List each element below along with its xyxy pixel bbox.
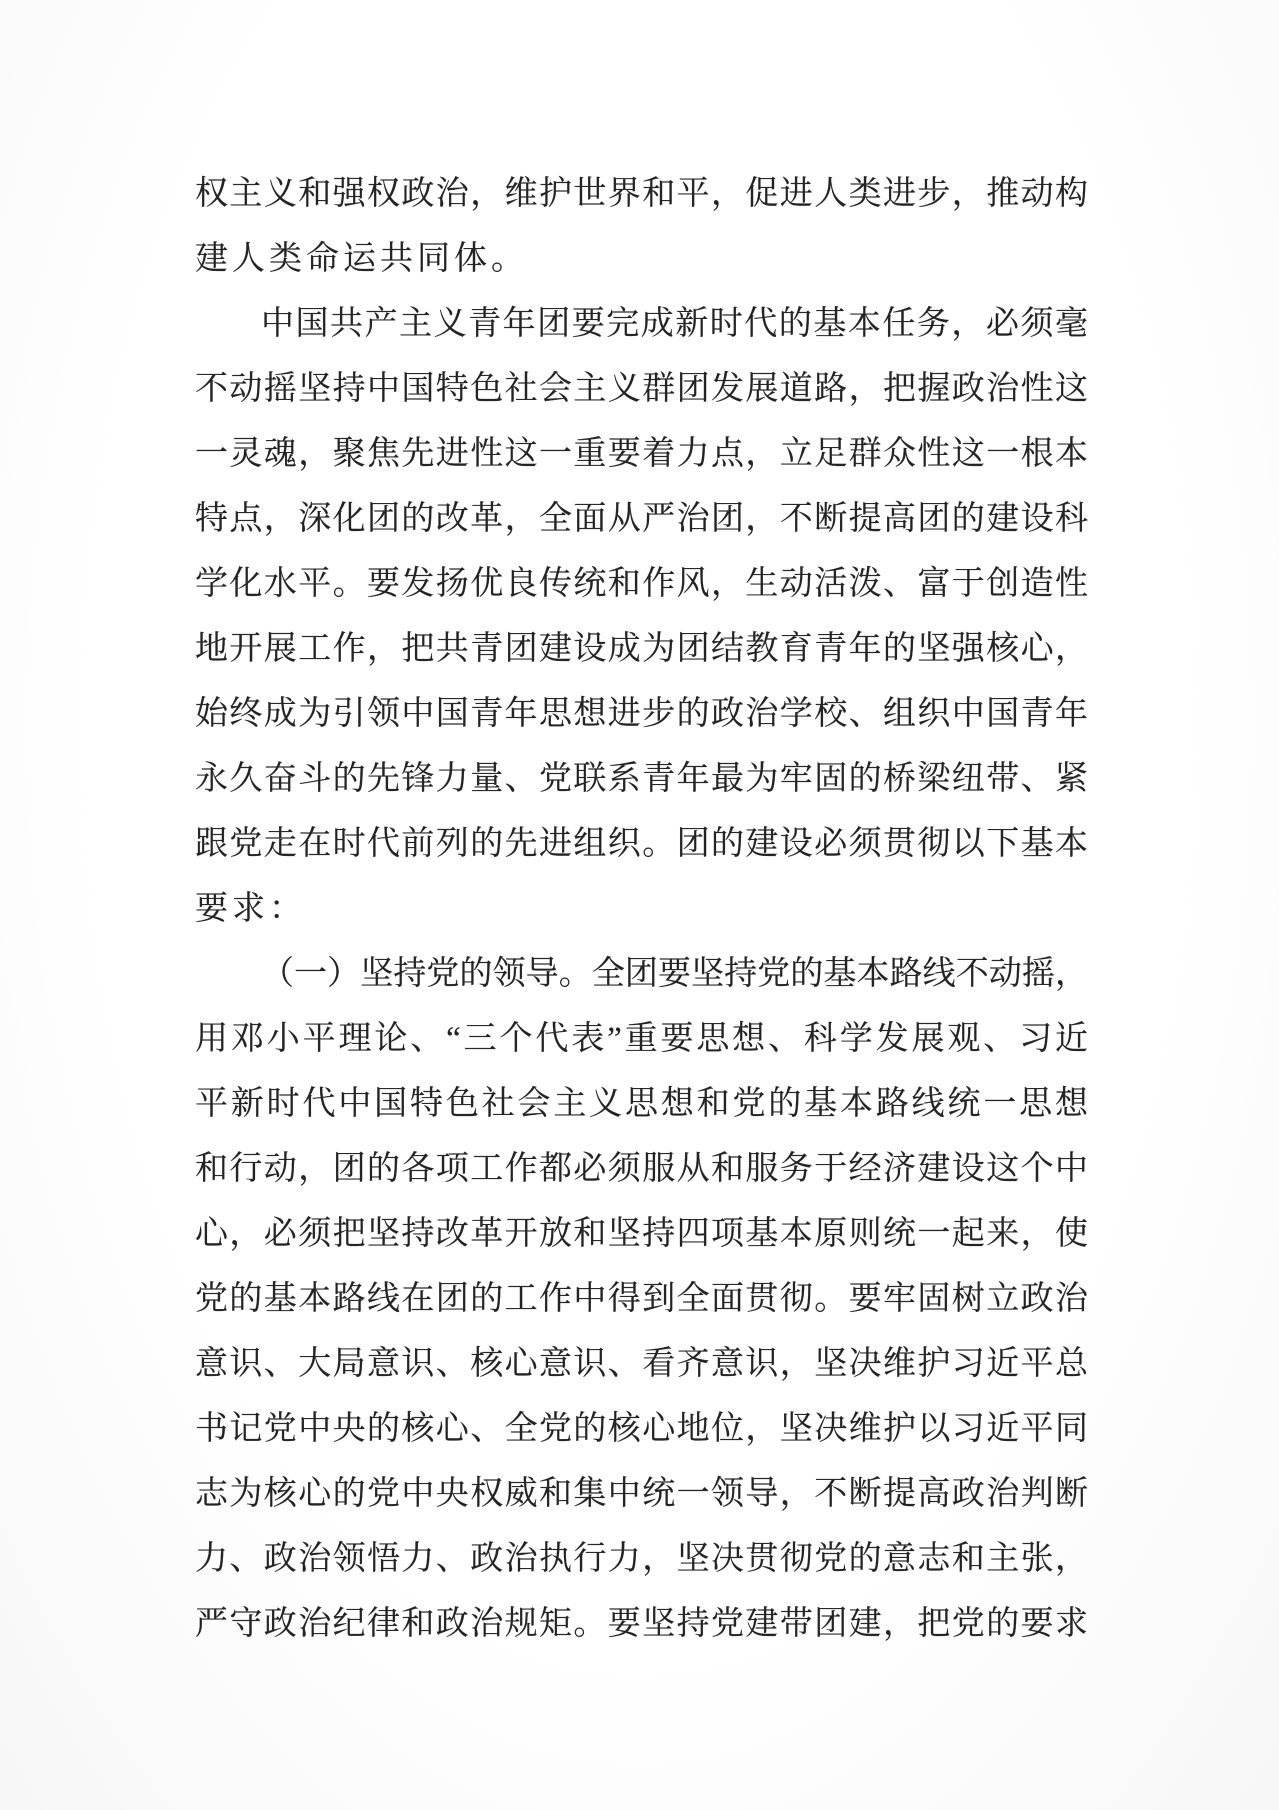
document-page: 权主义和强权政治，维护世界和平，促进人类进步，推动构建人类命运共同体。中国共产主… (0, 0, 1279, 1810)
text-line: 心，必须把坚持改革开放和坚持四项基本原则统一起来，使 (195, 1202, 1088, 1267)
text-line: （一）坚持党的领导。全团要坚持党的基本路线不动摇， (195, 942, 1088, 1007)
text-line: 地开展工作，把共青团建设成为团结教育青年的坚强核心， (195, 617, 1088, 682)
text-line: 中国共产主义青年团要完成新时代的基本任务，必须毫 (195, 292, 1088, 357)
text-line: 意识、大局意识、核心意识、看齐意识，坚决维护习近平总 (195, 1332, 1088, 1397)
text-line: 用邓小平理论、“三个代表”重要思想、科学发展观、习近 (195, 1007, 1088, 1072)
text-line: 平新时代中国特色社会主义思想和党的基本路线统一思想 (195, 1072, 1088, 1137)
text-line: 特点，深化团的改革，全面从严治团，不断提高团的建设科 (195, 487, 1088, 552)
text-line: 永久奋斗的先锋力量、党联系青年最为牢固的桥梁纽带、紧 (195, 747, 1088, 812)
text-line: 不动摇坚持中国特色社会主义群团发展道路，把握政治性这 (195, 357, 1088, 422)
text-line: 党的基本路线在团的工作中得到全面贯彻。要牢固树立政治 (195, 1267, 1088, 1332)
text-line: 学化水平。要发扬优良传统和作风，生动活泼、富于创造性 (195, 552, 1088, 617)
text-line: 跟党走在时代前列的先进组织。团的建设必须贯彻以下基本 (195, 812, 1088, 877)
text-line: 要求： (195, 877, 1088, 942)
text-line: 书记党中央的核心、全党的核心地位，坚决维护以习近平同 (195, 1397, 1088, 1462)
text-line: 志为核心的党中央权威和集中统一领导，不断提高政治判断 (195, 1462, 1088, 1527)
document-text-block: 权主义和强权政治，维护世界和平，促进人类进步，推动构建人类命运共同体。中国共产主… (195, 162, 1088, 1657)
text-line: 和行动，团的各项工作都必须服从和服务于经济建设这个中 (195, 1137, 1088, 1202)
text-line: 严守政治纪律和政治规矩。要坚持党建带团建，把党的要求 (195, 1592, 1088, 1657)
text-line: 力、政治领悟力、政治执行力，坚决贯彻党的意志和主张， (195, 1527, 1088, 1592)
text-line: 始终成为引领中国青年思想进步的政治学校、组织中国青年 (195, 682, 1088, 747)
text-line: 一灵魂，聚焦先进性这一重要着力点，立足群众性这一根本 (195, 422, 1088, 487)
text-line: 权主义和强权政治，维护世界和平，促进人类进步，推动构 (195, 162, 1088, 227)
text-line: 建人类命运共同体。 (195, 227, 1088, 292)
